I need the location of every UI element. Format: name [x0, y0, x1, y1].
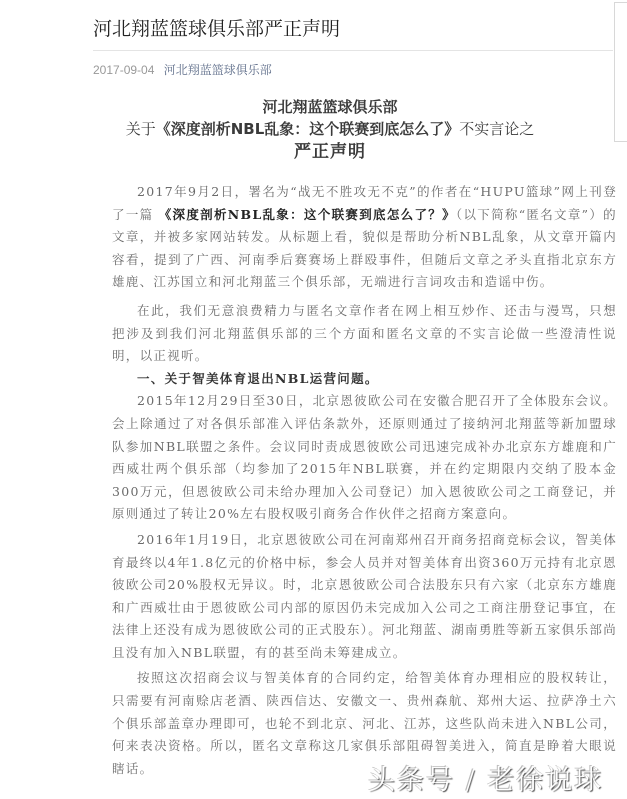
publish-date: 2017-09-04	[93, 63, 154, 77]
watermark: 头条号 / 老徐说球	[368, 758, 603, 797]
statement-subject: 关于《深度剖析NBL乱象：这个联赛到底怎么了》不实言论之	[100, 118, 560, 140]
paragraph-1: 2017年9月2日，署名为“战无不胜攻无不克”的作者在“HUPU篮球”网上刊登了…	[112, 181, 617, 294]
paragraph-2: 在此，我们无意浪费精力与匿名文章作者在网上相互炒作、还击与漫骂，只想把涉及到我们…	[112, 300, 617, 368]
page-title: 河北翔蓝篮球俱乐部严正声明	[93, 14, 340, 41]
paragraph-3: 2015年12月29日至30日，北京恩彼欧公司在安徽合肥召开了全体股东会议。会上…	[112, 390, 617, 526]
article-body: 2017年9月2日，署名为“战无不胜攻无不克”的作者在“HUPU篮球”网上刊登了…	[112, 181, 617, 780]
statement-subject-prefix: 关于	[126, 120, 156, 138]
section-heading-1: 一、关于智美体育退出NBL运营问题。	[112, 368, 617, 391]
article-meta: 2017-09-04 河北翔蓝篮球俱乐部	[93, 61, 272, 78]
referenced-article-title: 《深度剖析NBL乱象：这个联赛到底怎么了？》	[159, 207, 456, 222]
paragraph-4: 2016年1月19日，北京恩彼欧公司在河南郑州召开商务招商竞标会议，智美体育最终…	[112, 529, 617, 665]
statement-subject-suffix: 不实言论之	[459, 120, 534, 138]
side-panel	[614, 2, 627, 142]
statement-club-name: 河北翔蓝篮球俱乐部	[100, 96, 560, 118]
statement-title: 严正声明	[100, 140, 560, 164]
title-divider	[93, 50, 613, 51]
statement-subject-article: 《深度剖析NBL乱象：这个联赛到底怎么了》	[156, 120, 460, 138]
source-link[interactable]: 河北翔蓝篮球俱乐部	[164, 63, 272, 77]
statement-heading: 河北翔蓝篮球俱乐部 关于《深度剖析NBL乱象：这个联赛到底怎么了》不实言论之 严…	[100, 96, 560, 164]
